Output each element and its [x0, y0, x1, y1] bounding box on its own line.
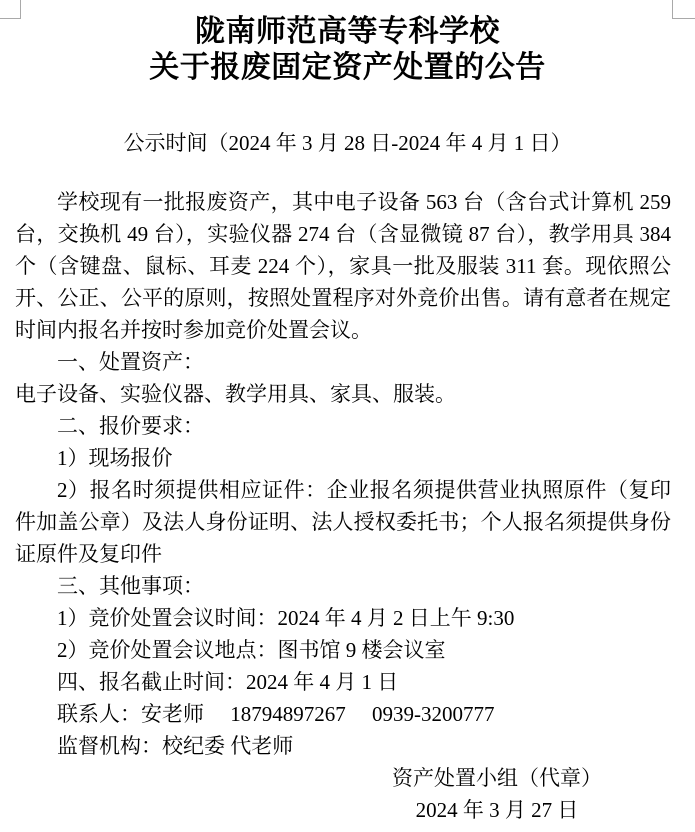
signature-date: 2024 年 3 月 27 日: [383, 794, 611, 826]
supervisor-line: 监督机构：校纪委 代老师: [15, 730, 671, 762]
section-1-heading: 一、处置资产：: [15, 346, 671, 378]
page-margin-mark-left-horizontal: [0, 18, 21, 19]
title-line-2: 关于报废固定资产处置的公告: [0, 50, 695, 86]
contact-line: 联系人：安老师 18794897267 0939-3200777: [15, 698, 671, 730]
item-credentials: 2）报名时须提供相应证件：企业报名须提供营业执照原件（复印件加盖公章）及法人身份…: [15, 474, 671, 570]
document-page: 陇南师范高等专科学校 关于报废固定资产处置的公告 公示时间（2024 年 3 月…: [0, 0, 695, 832]
page-margin-mark-left-vertical: [20, 0, 21, 18]
page-margin-mark-right-horizontal: [672, 18, 695, 19]
item-meeting-place: 2）竞价处置会议地点：图书馆 9 楼会议室: [15, 634, 671, 666]
signature-block: 资产处置小组（代章） 2024 年 3 月 27 日: [383, 762, 611, 826]
intro-paragraph: 学校现有一批报废资产，其中电子设备 563 台（含台式计算机 259 台，交换机…: [15, 186, 671, 346]
signature-org: 资产处置小组（代章）: [383, 762, 611, 794]
publicity-period-line: 公示时间（2024 年 3 月 28 日-2024 年 4 月 1 日）: [0, 128, 695, 158]
section-2-heading: 二、报价要求：: [15, 410, 671, 442]
title-line-1: 陇南师范高等专科学校: [0, 14, 695, 50]
item-meeting-time: 1）竞价处置会议时间：2024 年 4 月 2 日上午 9:30: [15, 602, 671, 634]
asset-list-line: 电子设备、实验仪器、教学用具、家具、服装。: [15, 378, 671, 410]
item-onsite-bid: 1）现场报价: [15, 442, 671, 474]
document-body: 学校现有一批报废资产，其中电子设备 563 台（含台式计算机 259 台，交换机…: [0, 186, 695, 826]
section-3-heading: 三、其他事项：: [15, 570, 671, 602]
document-title: 陇南师范高等专科学校 关于报废固定资产处置的公告: [0, 14, 695, 86]
section-4-deadline: 四、报名截止时间：2024 年 4 月 1 日: [15, 666, 671, 698]
page-margin-mark-right-vertical: [672, 0, 673, 18]
